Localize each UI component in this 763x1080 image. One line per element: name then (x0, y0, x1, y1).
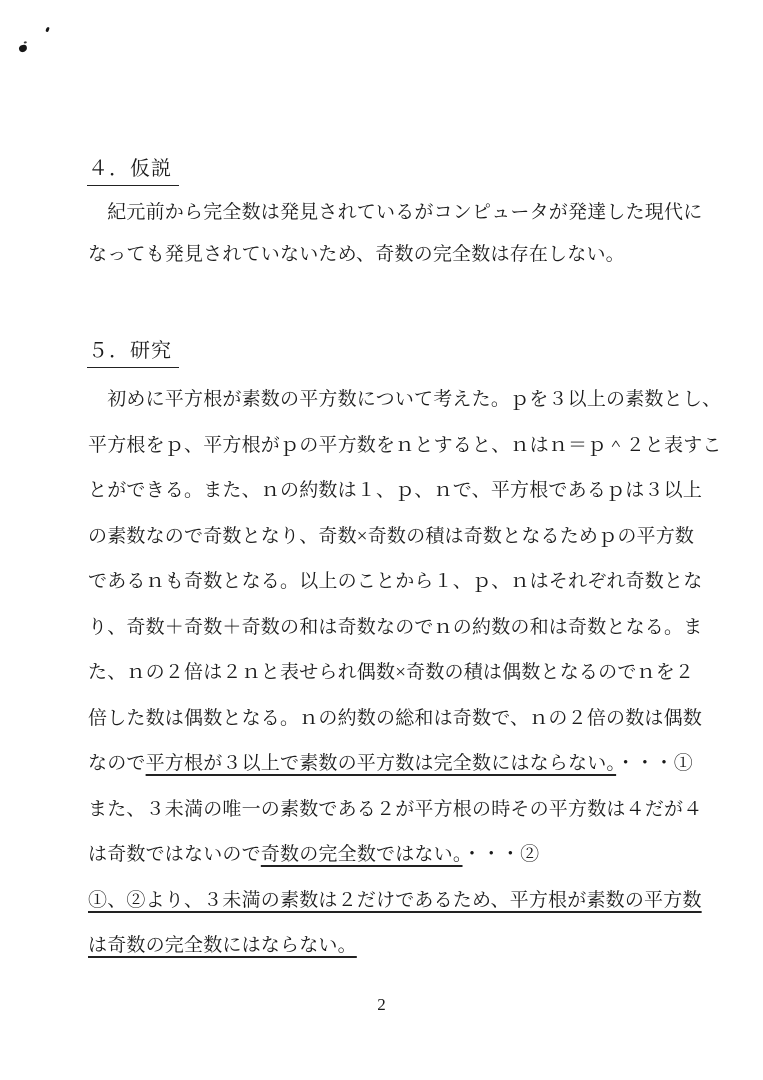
section-heading-research: ５．研究 (88, 338, 179, 368)
document-page: ４．仮説 紀元前から完全数は発見されているがコンピュータが発達した現代に なって… (0, 0, 763, 1080)
text-line-final-conclusion: は奇数の完全数にはならない。 (88, 933, 357, 959)
text-segment: は奇数ではないので (88, 844, 261, 865)
text-segment: ・・・② (463, 844, 540, 865)
text-line: また、３未満の唯一の素数である２が平方根の時その平方数は４だが４ (88, 797, 702, 823)
text-line: であるｎも奇数となる。以上のことから１、ｐ、ｎはそれぞれ奇数とな (88, 569, 702, 595)
text-line: とができる。また、ｎの約数は１、ｐ、ｎで、平方根であるｐは３以上 (88, 478, 702, 504)
text-segment: ・・・① (616, 753, 693, 774)
text-segment: なっても発見されていないため、奇数の完全数は存在しない。 (88, 244, 625, 265)
text-line: 初めに平方根が素数の平方数について考えた。ｐを３以上の素数とし、 (88, 387, 721, 413)
text-line-final-conclusion: ①、②より、３未満の素数は２だけであるため、平方根が素数の平方数 (88, 888, 702, 914)
text-line: なっても発見されていないため、奇数の完全数は存在しない。 (88, 242, 625, 268)
text-line: 倍した数は偶数となる。ｎの約数の総和は奇数で、ｎの２倍の数は偶数 (88, 706, 702, 732)
text-segment: なので (88, 753, 146, 774)
section-heading-label: ４．仮説 (87, 156, 179, 186)
text-segment: の素数なので奇数となり、奇数×奇数の積は奇数となるためｐの平方数 (88, 526, 694, 547)
scan-speck (45, 27, 50, 33)
underlined-text-segment: 平方根が３以上で素数の平方数は完全数にはならない。 (146, 753, 617, 774)
text-segment: とができる。また、ｎの約数は１、ｐ、ｎで、平方根であるｐは３以上 (88, 480, 702, 501)
section-heading-label: ５．研究 (87, 338, 179, 368)
text-segment: 倍した数は偶数となる。ｎの約数の総和は奇数で、ｎの２倍の数は偶数 (88, 708, 702, 729)
text-line: 平方根をｐ、平方根がｐの平方数をｎとすると、ｎはｎ＝ｐ＾２と表すこ (88, 433, 722, 459)
underlined-text-segment: 奇数の完全数ではない。 (261, 844, 463, 865)
scan-speck (18, 44, 27, 53)
text-line: 紀元前から完全数は発見されているがコンピュータが発達した現代に (88, 200, 702, 226)
underlined-text-segment: は奇数の完全数にはならない。 (88, 935, 357, 956)
text-segment: 紀元前から完全数は発見されているがコンピュータが発達した現代に (88, 202, 702, 223)
page-number: 2 (0, 995, 763, 1015)
text-line: り、奇数＋奇数＋奇数の和は奇数なのでｎの約数の和は奇数となる。ま (88, 615, 702, 641)
text-line-conclusion-2: は奇数ではないので奇数の完全数ではない。・・・② (88, 842, 539, 868)
text-line: た、ｎの２倍は２ｎと表せられ偶数×奇数の積は偶数となるのでｎを２ (88, 660, 694, 686)
text-segment: り、奇数＋奇数＋奇数の和は奇数なのでｎの約数の和は奇数となる。ま (88, 617, 702, 638)
text-line-conclusion-1: なので平方根が３以上で素数の平方数は完全数にはならない。・・・① (88, 751, 693, 777)
text-line: の素数なので奇数となり、奇数×奇数の積は奇数となるためｐの平方数 (88, 524, 694, 550)
text-segment: また、３未満の唯一の素数である２が平方根の時その平方数は４だが４ (88, 799, 702, 820)
underlined-text-segment: ①、②より、３未満の素数は２だけであるため、平方根が素数の平方数 (88, 890, 702, 911)
text-segment: た、ｎの２倍は２ｎと表せられ偶数×奇数の積は偶数となるのでｎを２ (88, 662, 694, 683)
text-segment: 平方根をｐ、平方根がｐの平方数をｎとすると、ｎはｎ＝ｐ＾２と表すこ (88, 435, 722, 456)
section-heading-hypothesis: ４．仮説 (88, 156, 179, 186)
text-segment: であるｎも奇数となる。以上のことから１、ｐ、ｎはそれぞれ奇数とな (88, 571, 702, 592)
text-segment: 初めに平方根が素数の平方数について考えた。ｐを３以上の素数とし、 (88, 389, 721, 410)
